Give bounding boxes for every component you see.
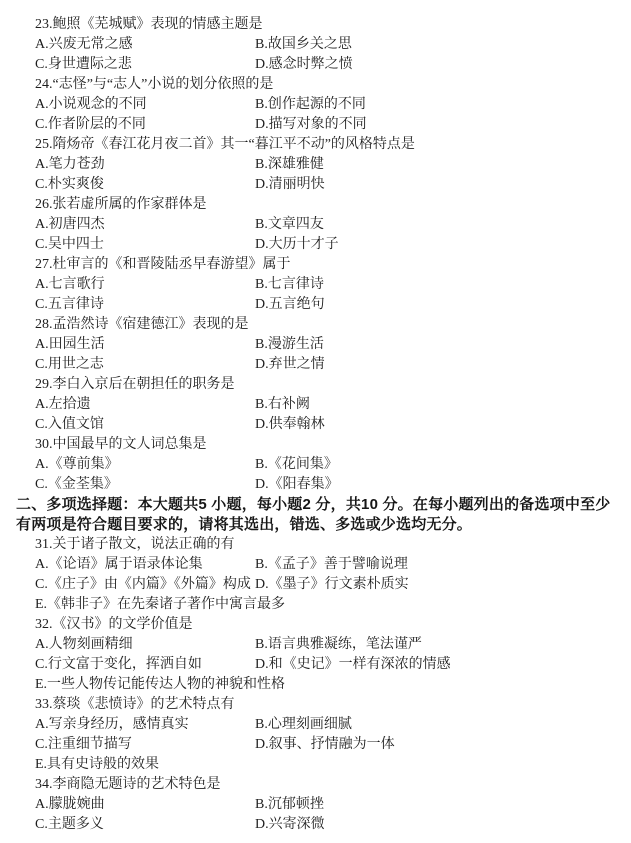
question-option: B.故国乡关之思 [255,35,475,55]
option-row: A.初唐四杰B.文章四友 [0,215,631,235]
question-option: A.初唐四杰 [35,215,255,235]
question-option: C.五言律诗 [35,295,255,315]
option-row: C.注重细节描写D.叙事、抒情融为一体 [0,735,631,755]
question-stem: 30.中国最早的文人词总集是 [0,435,631,455]
option-row: C.吴中四士D.大历十才子 [0,235,631,255]
question-27: 27.杜审言的《和晋陵陆丞早春游望》属于A.七言歌行B.七言律诗C.五言律诗D.… [0,255,631,315]
question-33: 33.蔡琰《悲愤诗》的艺术特点有A.写亲身经历，感情真实B.心理刻画细腻C.注重… [0,695,631,775]
question-option: C.注重细节描写 [35,735,255,755]
question-option: C.吴中四士 [35,235,255,255]
question-24: 24.“志怪”与“志人”小说的划分依照的是A.小说观念的不同B.创作起源的不同C… [0,75,631,135]
option-row: C.主题多义D.兴寄深微 [0,815,631,835]
question-option: C.主题多义 [35,815,255,835]
question-option: C.《庄子》由《内篇》《外篇》构成 [35,575,255,595]
question-stem: 34.李商隐无题诗的艺术特色是 [0,775,631,795]
option-row: A.左拾遗B.右补阙 [0,395,631,415]
question-option: D.感念时弊之愤 [255,55,475,75]
question-option: D.供奉翰林 [255,415,475,435]
question-option: B.创作起源的不同 [255,95,475,115]
question-option: D.《阳春集》 [255,475,475,495]
option-row: E.一些人物传记能传达人物的神貌和性格 [0,675,631,695]
question-option: B.沉郁顿挫 [255,795,475,815]
question-option: B.《花间集》 [255,455,475,475]
question-option: A.田园生活 [35,335,255,355]
question-option: D.五言绝句 [255,295,475,315]
question-option: D.和《史记》一样有深浓的情感 [255,655,475,675]
question-option: B.《孟子》善于譬喻说理 [255,555,475,575]
question-option: A.兴废无常之感 [35,35,255,55]
question-stem: 26.张若虚所属的作家群体是 [0,195,631,215]
question-32: 32.《汉书》的文学价值是A.人物刻画精细B.语言典雅凝练，笔法谨严C.行文富于… [0,615,631,695]
option-row: C.身世遭际之悲D.感念时弊之愤 [0,55,631,75]
question-option: B.漫游生活 [255,335,475,355]
question-option: D.《墨子》行文素朴质实 [255,575,475,595]
question-stem: 33.蔡琰《悲愤诗》的艺术特点有 [0,695,631,715]
question-stem: 31.关于诸子散文，说法正确的有 [0,535,631,555]
option-row: A.写亲身经历，感情真实B.心理刻画细腻 [0,715,631,735]
option-row: A.七言歌行B.七言律诗 [0,275,631,295]
question-stem: 27.杜审言的《和晋陵陆丞早春游望》属于 [0,255,631,275]
question-stem: 25.隋炀帝《春江花月夜二首》其一“暮江平不动”的风格特点是 [0,135,631,155]
option-row: A.《论语》属于语录体论集B.《孟子》善于譬喻说理 [0,555,631,575]
question-option: C.《金荃集》 [35,475,255,495]
option-row: A.小说观念的不同B.创作起源的不同 [0,95,631,115]
option-row: A.人物刻画精细B.语言典雅凝练，笔法谨严 [0,635,631,655]
question-31: 31.关于诸子散文，说法正确的有A.《论语》属于语录体论集B.《孟子》善于譬喻说… [0,535,631,615]
option-row: A.笔力苍劲B.深雄雅健 [0,155,631,175]
option-row: C.用世之志D.弃世之情 [0,355,631,375]
question-stem: 32.《汉书》的文学价值是 [0,615,631,635]
question-29: 29.李白入京后在朝担任的职务是A.左拾遗B.右补阙C.入值文馆D.供奉翰林 [0,375,631,435]
option-row: C.《金荃集》D.《阳春集》 [0,475,631,495]
question-option: E.《韩非子》在先秦诸子著作中寓言最多 [35,595,289,615]
question-option: D.叙事、抒情融为一体 [255,735,475,755]
question-23: 23.鲍照《芜城赋》表现的情感主题是A.兴废无常之感B.故国乡关之思C.身世遭际… [0,15,631,75]
question-option: B.深雄雅健 [255,155,475,175]
question-option: D.清丽明快 [255,175,475,195]
question-28: 28.孟浩然诗《宿建德江》表现的是A.田园生活B.漫游生活C.用世之志D.弃世之… [0,315,631,375]
question-option: C.身世遭际之悲 [35,55,255,75]
question-option: A.《论语》属于语录体论集 [35,555,255,575]
question-option: A.人物刻画精细 [35,635,255,655]
question-25: 25.隋炀帝《春江花月夜二首》其一“暮江平不动”的风格特点是A.笔力苍劲B.深雄… [0,135,631,195]
question-option: C.朴实爽俊 [35,175,255,195]
question-stem: 23.鲍照《芜城赋》表现的情感主题是 [0,15,631,35]
question-option: B.七言律诗 [255,275,475,295]
question-option: A.七言歌行 [35,275,255,295]
option-row: C.朴实爽俊D.清丽明快 [0,175,631,195]
question-option: C.入值文馆 [35,415,255,435]
question-option: A.笔力苍劲 [35,155,255,175]
question-option: B.心理刻画细腻 [255,715,475,735]
option-row: C.作者阶层的不同D.描写对象的不同 [0,115,631,135]
option-row: E.《韩非子》在先秦诸子著作中寓言最多 [0,595,631,615]
section-header: 二、多项选择题：本大题共5 小题，每小题2 分，共10 分。在每小题列出的备选项… [0,495,621,535]
question-stem: 28.孟浩然诗《宿建德江》表现的是 [0,315,631,335]
question-stem: 29.李白入京后在朝担任的职务是 [0,375,631,395]
exam-page: 23.鲍照《芜城赋》表现的情感主题是A.兴废无常之感B.故国乡关之思C.身世遭际… [0,0,631,835]
question-option: A.写亲身经历，感情真实 [35,715,255,735]
option-row: C.入值文馆D.供奉翰林 [0,415,631,435]
question-option: E.一些人物传记能传达人物的神貌和性格 [35,675,289,695]
question-option: C.用世之志 [35,355,255,375]
question-stem: 24.“志怪”与“志人”小说的划分依照的是 [0,75,631,95]
question-option: A.《尊前集》 [35,455,255,475]
question-option: D.大历十才子 [255,235,475,255]
question-option: B.语言典雅凝练，笔法谨严 [255,635,475,655]
question-30: 30.中国最早的文人词总集是A.《尊前集》B.《花间集》C.《金荃集》D.《阳春… [0,435,631,495]
question-option: A.左拾遗 [35,395,255,415]
question-option: D.弃世之情 [255,355,475,375]
question-option: B.右补阙 [255,395,475,415]
option-row: A.田园生活B.漫游生活 [0,335,631,355]
option-row: A.《尊前集》B.《花间集》 [0,455,631,475]
question-34: 34.李商隐无题诗的艺术特色是A.朦胧婉曲B.沉郁顿挫C.主题多义D.兴寄深微 [0,775,631,835]
question-option: D.描写对象的不同 [255,115,475,135]
option-row: A.兴废无常之感B.故国乡关之思 [0,35,631,55]
question-option: A.朦胧婉曲 [35,795,255,815]
option-row: A.朦胧婉曲B.沉郁顿挫 [0,795,631,815]
option-row: E.具有史诗般的效果 [0,755,631,775]
option-row: C.五言律诗D.五言绝句 [0,295,631,315]
question-option: C.行文富于变化，挥洒自如 [35,655,255,675]
question-option: A.小说观念的不同 [35,95,255,115]
question-option: D.兴寄深微 [255,815,475,835]
question-option: C.作者阶层的不同 [35,115,255,135]
question-26: 26.张若虚所属的作家群体是A.初唐四杰B.文章四友C.吴中四士D.大历十才子 [0,195,631,255]
option-row: C.行文富于变化，挥洒自如D.和《史记》一样有深浓的情感 [0,655,631,675]
option-row: C.《庄子》由《内篇》《外篇》构成D.《墨子》行文素朴质实 [0,575,631,595]
question-option: E.具有史诗般的效果 [35,755,163,775]
question-option: B.文章四友 [255,215,475,235]
